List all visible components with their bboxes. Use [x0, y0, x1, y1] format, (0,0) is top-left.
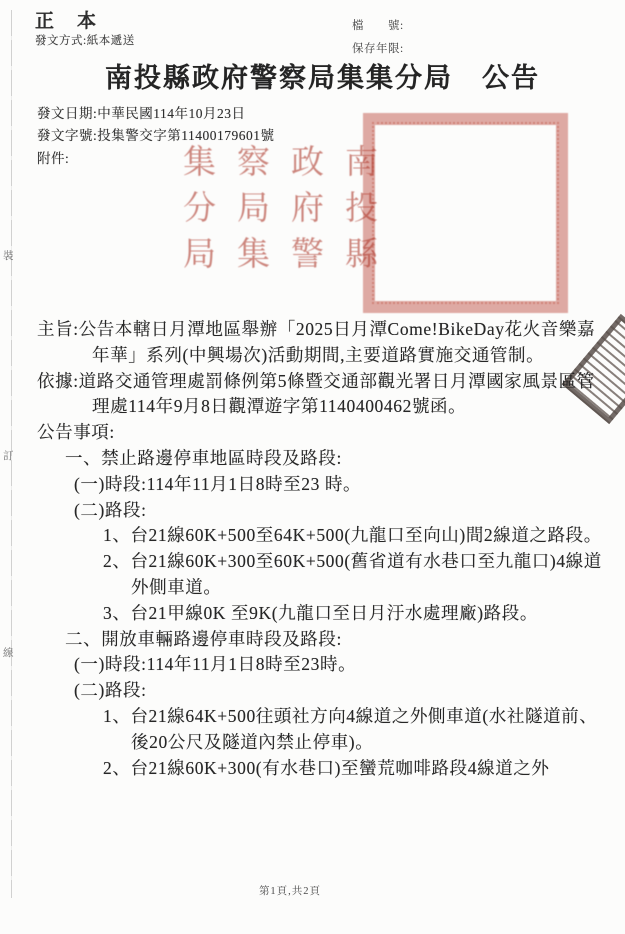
binding-mark-xian: 線	[3, 645, 14, 660]
item-2-road-2: 2、台21線60K+300(有水巷口)至蠻荒咖啡路段4線道之外	[37, 756, 603, 782]
item-1-roads-label: (二)路段:	[37, 498, 603, 524]
issue-date: 發文日期:中華民國114年10月23日	[37, 103, 275, 125]
item-1-road-2: 2、台21線60K+300至60K+500(舊省道有水巷口至九龍口)4線道外側車…	[37, 549, 603, 601]
item-2-road-1: 1、台21線64K+500往頭社方向4線道之外側車道(水社隧道前、後20公尺及隧…	[37, 704, 603, 756]
item-1-road-3: 3、台21甲線0K 至9K(九龍口至日月汙水處理廠)路段。	[37, 601, 603, 627]
seal-column-2: 政府警	[281, 144, 328, 282]
announcement-body: 主旨:公告本轄日月潭地區舉辦「2025日月潭Come!BikeDay花火音樂嘉年…	[37, 317, 603, 781]
official-seal: 集分局 察局集 政府警 南投縣	[363, 113, 568, 313]
official-seal-text: 集分局 察局集 政府警 南投縣	[173, 144, 625, 282]
file-number-label: 檔 號:	[352, 15, 404, 38]
seal-column-4: 集分局	[173, 144, 220, 282]
binding-mark-ding: 訂	[3, 448, 14, 463]
item-2-roads-label: (二)路段:	[37, 678, 603, 704]
copy-type-label: 正 本	[35, 6, 98, 33]
basis-line: 依據:道路交通管理處罰條例第5條暨交通部觀光署日月潭國家風景區管理處114年9月…	[37, 369, 603, 421]
item-2-header: 二、開放車輛路邊停車時段及路段:	[37, 627, 603, 653]
seal-column-3: 察局集	[227, 144, 274, 282]
subject-line: 主旨:公告本轄日月潭地區舉辦「2025日月潭Come!BikeDay花火音樂嘉年…	[37, 317, 603, 369]
scanned-announcement-page: { "document": { "copy_label": "正 本", "de…	[0, 0, 625, 934]
delivery-method-label: 發文方式:紙本遞送	[35, 32, 135, 48]
item-1-time: (一)時段:114年11月1日8時至23 時。	[37, 472, 603, 498]
page-title: 南投縣政府警察局集集分局 公告	[10, 56, 625, 95]
item-1-header: 一、禁止路邊停車地區時段及路段:	[37, 446, 603, 472]
item-1-road-1: 1、台21線60K+500至64K+500(九龍口至向山)間2線道之路段。	[37, 523, 603, 549]
binding-mark-zhuang: 裝	[3, 248, 14, 263]
page-number: 第1頁,共2頁	[0, 883, 580, 898]
file-retention-block: 檔 號: 保存年限:	[352, 15, 404, 61]
seal-column-1: 南投縣	[335, 144, 382, 282]
items-header-line: 公告事項:	[37, 420, 603, 446]
item-2-time: (一)時段:114年11月1日8時至23時。	[37, 652, 603, 678]
